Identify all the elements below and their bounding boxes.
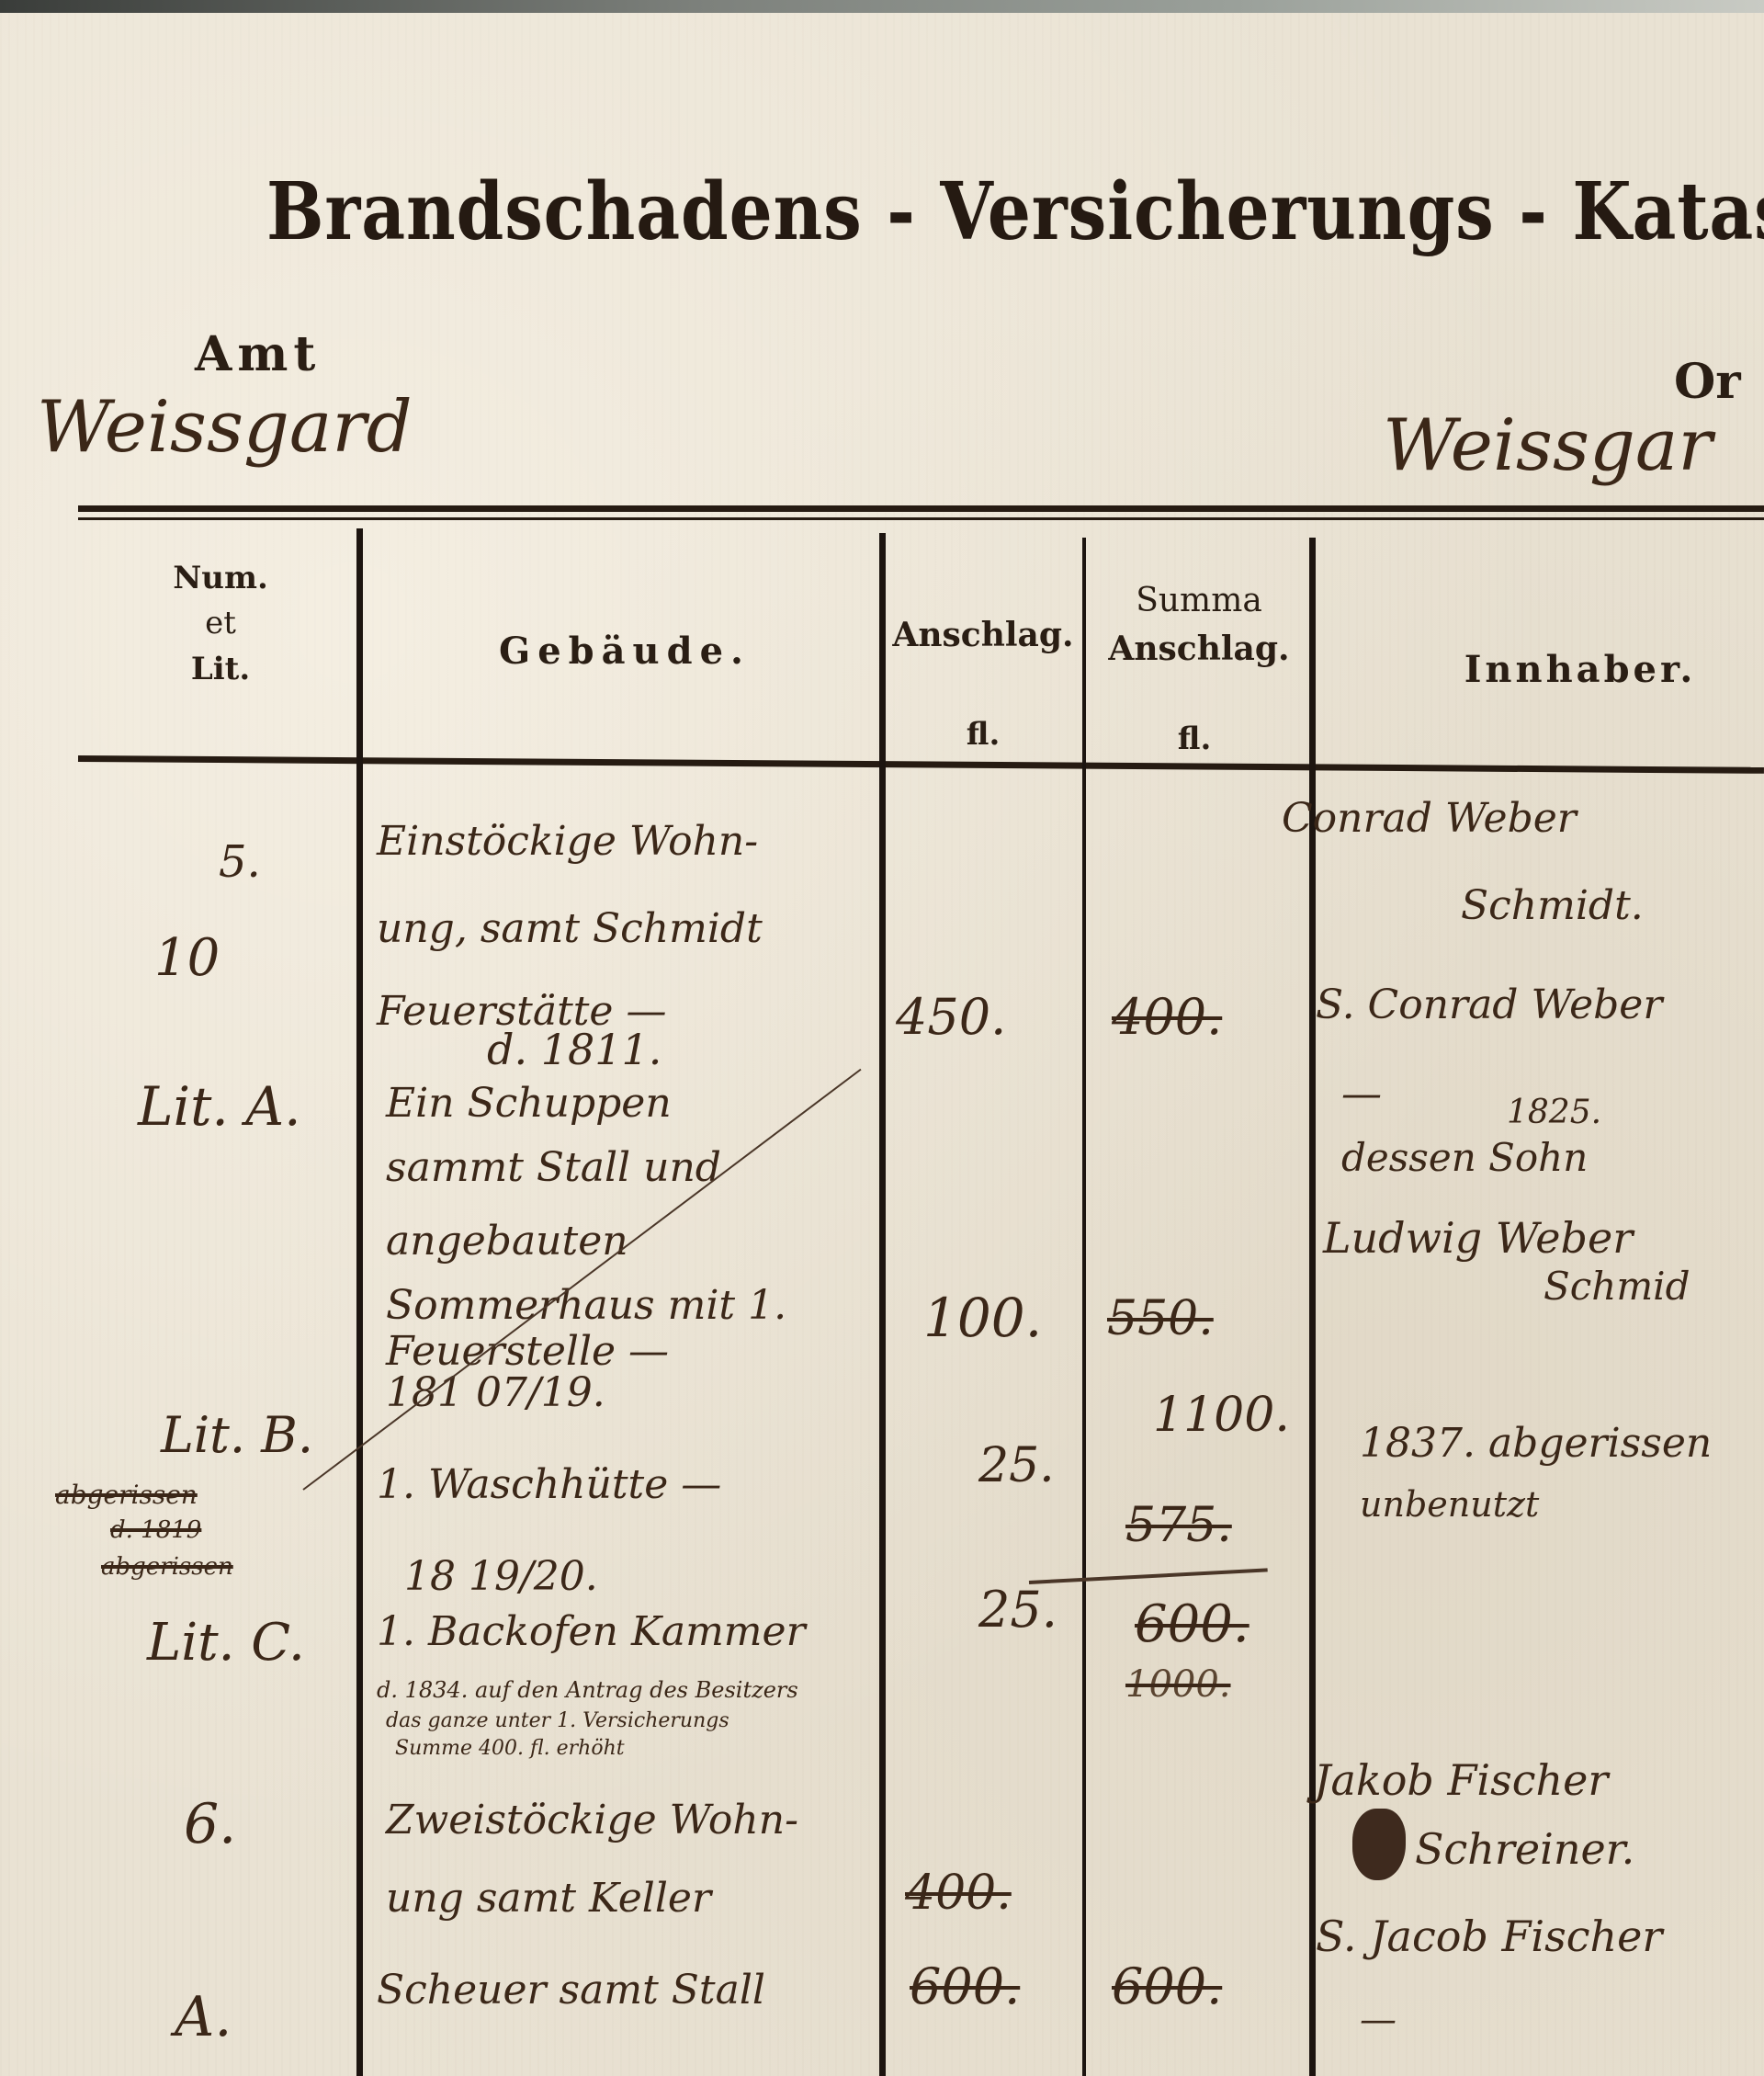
row3-num: Lit. B. xyxy=(161,1406,313,1464)
row2-innhaber-year: 1825. xyxy=(1507,1094,1601,1131)
struck-note-3: abgerissen xyxy=(101,1553,233,1581)
row1-num-2: 10 xyxy=(154,928,220,988)
row6-anschlag: 600. xyxy=(910,1957,1020,2015)
row5-innhaber-4: — xyxy=(1360,1999,1396,2041)
row4-note-3: Summe 400. fl. erhöht xyxy=(395,1737,625,1760)
header-summa: Summa Anschlag. xyxy=(1093,577,1305,673)
row4-gebaeude-2: 1. Backofen Kammer xyxy=(377,1608,806,1655)
row5-anschlag: 400. xyxy=(905,1866,1012,1921)
header-summa-unit: fl. xyxy=(1148,717,1240,762)
row4-note-2: das ganze unter 1. Versicherungs xyxy=(386,1709,729,1732)
header-gebaeude: Gebäude. xyxy=(386,625,864,678)
header-top-rule xyxy=(78,505,1764,512)
row1-gebaeude-2: ung, samt Schmidt xyxy=(377,905,763,952)
row2-date: d. 1811. xyxy=(487,1025,661,1074)
row3-summa-old: 575. xyxy=(1125,1498,1232,1553)
row3-gebaeude-2: 1. Waschhütte — xyxy=(377,1461,721,1508)
row5-innhaber-1: Jakob Fischer xyxy=(1314,1755,1608,1805)
row4-num: Lit. C. xyxy=(147,1613,305,1673)
row4-note-1: d. 1834. auf den Antrag des Besitzers xyxy=(377,1677,798,1703)
row3-innhaber-2: unbenutzt xyxy=(1360,1484,1539,1525)
ink-blot xyxy=(1352,1809,1406,1880)
header-summa-line: Summa xyxy=(1093,577,1305,625)
row4-anschlag: 25. xyxy=(978,1581,1057,1639)
row4-gebaeude-1: 18 19/20. xyxy=(404,1553,598,1600)
row2-gebaeude-1: Ein Schuppen xyxy=(386,1080,672,1127)
row1-num: 5. xyxy=(219,836,261,888)
row1-innhaber-2: Schmidt. xyxy=(1461,882,1644,929)
row1-innhaber-1: Conrad Weber xyxy=(1282,795,1577,842)
header-top-rule-thin xyxy=(78,517,1764,520)
amt-label: Amt xyxy=(195,326,321,382)
struck-note-2: d. 1819 xyxy=(110,1516,201,1544)
row2-innhaber-dash: — xyxy=(1341,1071,1382,1117)
row5-num: 6. xyxy=(184,1792,236,1856)
row2-gebaeude-4: Sommerhaus mit 1. xyxy=(386,1282,786,1329)
ort-value: Weissgar xyxy=(1383,404,1713,487)
cancel-stroke-2 xyxy=(1029,1568,1268,1584)
row1-gebaeude-1: Einstöckige Wohn- xyxy=(377,818,758,865)
column-divider-4 xyxy=(1309,538,1316,2076)
row4-summa-old: 1000. xyxy=(1125,1663,1231,1706)
row1-innhaber-3: S. Conrad Weber xyxy=(1316,981,1662,1028)
header-anschlag: Anschlag. xyxy=(887,611,1080,659)
row5-innhaber-3: S. Jacob Fischer xyxy=(1316,1912,1662,1961)
header-anschlag-unit: fl. xyxy=(937,712,1029,757)
column-divider-1 xyxy=(356,528,363,2076)
header-lit-line: Lit. xyxy=(129,647,312,692)
row3-summa: 1100. xyxy=(1153,1388,1290,1443)
row3-gebaeude-1: 181 07/19. xyxy=(386,1369,605,1416)
header-num: Num. et Lit. xyxy=(129,556,312,692)
column-divider-3 xyxy=(1082,538,1086,2076)
header-num-line: Num. xyxy=(129,556,312,601)
row2-summa: 550. xyxy=(1107,1291,1214,1346)
column-divider-2 xyxy=(879,533,886,2076)
header-summa-anschlag-line: Anschlag. xyxy=(1093,625,1305,673)
row2-gebaeude-5: Feuerstelle — xyxy=(386,1328,669,1375)
row5-gebaeude-2: ung samt Keller xyxy=(386,1875,711,1922)
header-bottom-rule xyxy=(78,755,1764,774)
row2-num: Lit. A. xyxy=(138,1075,301,1138)
scan-edge xyxy=(0,0,1764,13)
row5-gebaeude-1: Zweistöckige Wohn- xyxy=(386,1797,798,1843)
row1-summa: 400. xyxy=(1112,988,1222,1046)
row2-innhaber-2: dessen Sohn xyxy=(1341,1135,1588,1180)
row2-gebaeude-3: angebauten xyxy=(386,1218,628,1265)
header-et-line: et xyxy=(129,601,312,646)
ort-label: Or xyxy=(1674,354,1741,410)
row3-anschlag: 25. xyxy=(978,1438,1055,1493)
row2-innhaber-4: Schmid xyxy=(1543,1264,1690,1309)
page-title: Brandschadens - Versicherungs - Kataster… xyxy=(266,165,1483,258)
row6-summa: 600. xyxy=(1112,1957,1222,2015)
cancel-stroke-1 xyxy=(302,1069,861,1491)
struck-note-1: abgerissen xyxy=(55,1480,198,1510)
row1-anschlag: 450. xyxy=(896,988,1006,1046)
row5-innhaber-2: Schreiner. xyxy=(1415,1824,1634,1874)
row2-innhaber-3: Ludwig Weber xyxy=(1323,1213,1633,1263)
row2-anschlag: 100. xyxy=(923,1287,1042,1349)
row4-summa: 600. xyxy=(1135,1594,1249,1654)
row3-innhaber-1: 1837. abgerissen xyxy=(1360,1420,1712,1467)
amt-value: Weissgard xyxy=(37,386,413,469)
header-innhaber: Innhaber. xyxy=(1433,643,1727,697)
row6-gebaeude-1: Scheuer samt Stall xyxy=(377,1967,765,2014)
row6-num: A. xyxy=(175,1985,232,2049)
row2-gebaeude-2: sammt Stall und xyxy=(386,1144,721,1191)
